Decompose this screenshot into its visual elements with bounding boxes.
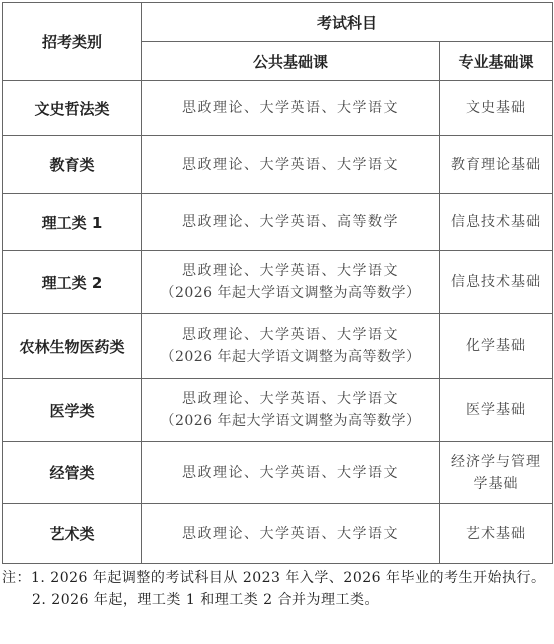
footnotes: 注：1. 2026 年起调整的考试科目从 2023 年入学、2026 年毕业的考… (2, 567, 554, 611)
professional-cell: 化学基础 (440, 314, 553, 379)
public-line1: 思政理论、大学英语、大学语文 (142, 388, 439, 410)
professional-cell: 信息技术基础 (440, 194, 553, 251)
table-row: 医学类 思政理论、大学英语、大学语文（2026 年起大学语文调整为高等数学） 医… (3, 379, 553, 442)
public-cell: 思政理论、大学英语、大学语文 (142, 136, 440, 194)
header-category: 招考类别 (3, 3, 142, 81)
category-cell: 农林生物医药类 (3, 314, 142, 379)
professional-cell: 医学基础 (440, 379, 553, 442)
public-cell: 思政理论、大学英语、大学语文（2026 年起大学语文调整为高等数学） (142, 251, 440, 314)
public-cell: 思政理论、大学英语、大学语文（2026 年起大学语文调整为高等数学） (142, 379, 440, 442)
category-cell: 理工类 1 (3, 194, 142, 251)
public-line2: （2026 年起大学语文调整为高等数学） (142, 346, 439, 368)
public-cell: 思政理论、大学英语、大学语文 (142, 442, 440, 504)
professional-cell: 经济学与管理学基础 (440, 442, 553, 504)
exam-subjects-table: 招考类别 考试科目 公共基础课 专业基础课 文史哲法类 思政理论、大学英语、大学… (2, 2, 553, 564)
public-cell: 思政理论、大学英语、高等数学 (142, 194, 440, 251)
header-subjects: 考试科目 (142, 3, 553, 42)
table-row: 教育类 思政理论、大学英语、大学语文 教育理论基础 (3, 136, 553, 194)
table-row: 理工类 2 思政理论、大学英语、大学语文（2026 年起大学语文调整为高等数学）… (3, 251, 553, 314)
public-line1: 思政理论、大学英语、大学语文 (142, 154, 439, 176)
public-line1: 思政理论、大学英语、大学语文 (142, 324, 439, 346)
public-line2: （2026 年起大学语文调整为高等数学） (142, 410, 439, 432)
public-line1: 思政理论、大学英语、大学语文 (142, 260, 439, 282)
professional-cell: 教育理论基础 (440, 136, 553, 194)
category-cell: 理工类 2 (3, 251, 142, 314)
professional-cell: 文史基础 (440, 81, 553, 136)
table-row: 经管类 思政理论、大学英语、大学语文 经济学与管理学基础 (3, 442, 553, 504)
table-row: 农林生物医药类 思政理论、大学英语、大学语文（2026 年起大学语文调整为高等数… (3, 314, 553, 379)
category-cell: 艺术类 (3, 504, 142, 564)
table-row: 艺术类 思政理论、大学英语、大学语文 艺术基础 (3, 504, 553, 564)
header-public: 公共基础课 (142, 42, 440, 81)
public-cell: 思政理论、大学英语、大学语文（2026 年起大学语文调整为高等数学） (142, 314, 440, 379)
public-line1: 思政理论、大学英语、大学语文 (142, 97, 439, 119)
category-cell: 经管类 (3, 442, 142, 504)
public-cell: 思政理论、大学英语、大学语文 (142, 504, 440, 564)
public-line1: 思政理论、大学英语、大学语文 (142, 523, 439, 545)
table-row: 文史哲法类 思政理论、大学英语、大学语文 文史基础 (3, 81, 553, 136)
public-line1: 思政理论、大学英语、高等数学 (142, 211, 439, 233)
header-professional: 专业基础课 (440, 42, 553, 81)
category-cell: 医学类 (3, 379, 142, 442)
table-row: 理工类 1 思政理论、大学英语、高等数学 信息技术基础 (3, 194, 553, 251)
public-cell: 思政理论、大学英语、大学语文 (142, 81, 440, 136)
public-line2: （2026 年起大学语文调整为高等数学） (142, 282, 439, 304)
note-1: 注：1. 2026 年起调整的考试科目从 2023 年入学、2026 年毕业的考… (2, 567, 554, 589)
note-2: 2. 2026 年起，理工类 1 和理工类 2 合并为理工类。 (2, 589, 554, 611)
category-cell: 教育类 (3, 136, 142, 194)
category-cell: 文史哲法类 (3, 81, 142, 136)
public-line1: 思政理论、大学英语、大学语文 (142, 462, 439, 484)
professional-cell: 信息技术基础 (440, 251, 553, 314)
professional-cell: 艺术基础 (440, 504, 553, 564)
